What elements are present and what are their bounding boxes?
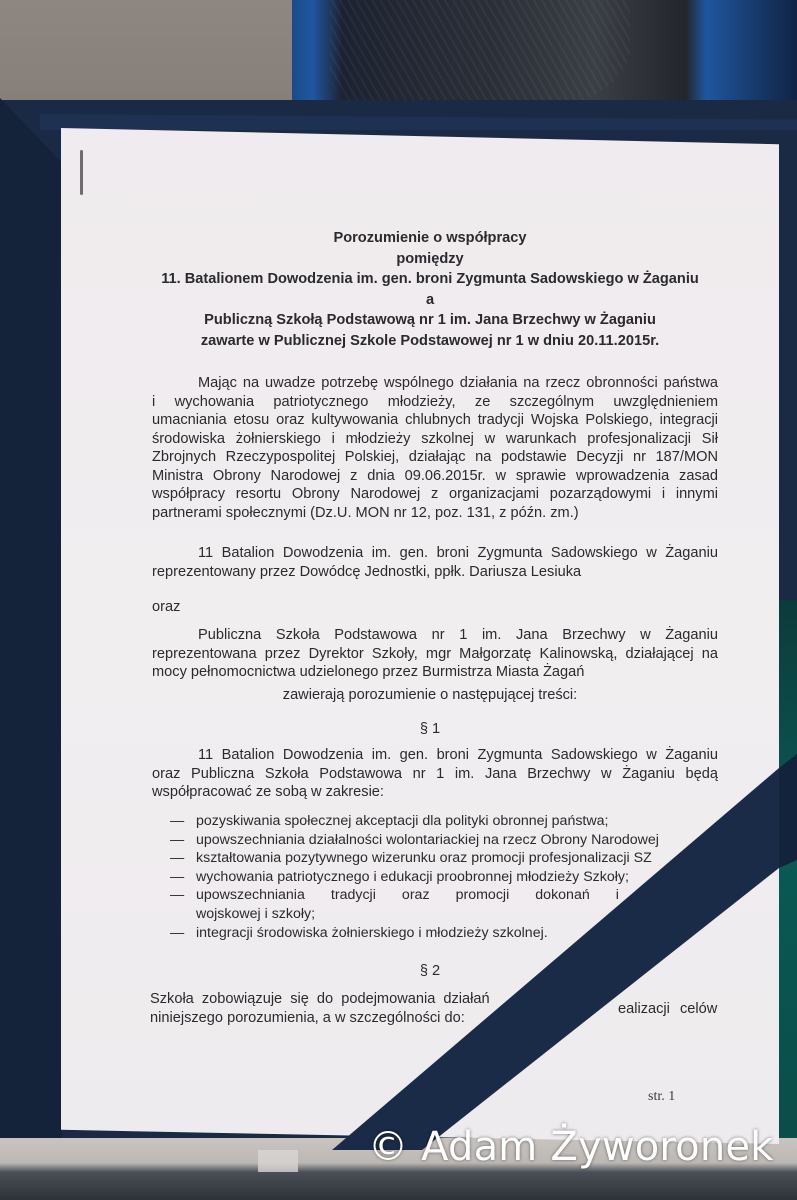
section-2-line1-left: Szkoła zobowiązuje się do podejmowania d… bbox=[150, 991, 490, 1007]
party1-paragraph: 11 Batalion Dowodzenia im. gen. broni Zy… bbox=[152, 544, 718, 581]
list-item-text: upowszechniania tradycji oraz promocji d… bbox=[196, 886, 690, 905]
paragraph-line: 11 Batalion Dowodzenia im. gen. broni Zy… bbox=[152, 544, 718, 563]
conjunction-text: oraz bbox=[152, 598, 718, 617]
list-item: — pozyskiwania społecznej akceptacji dla… bbox=[170, 812, 690, 831]
dash-bullet-icon: — bbox=[170, 831, 196, 850]
paragraph-line: reprezentowany przez Dowódcę Jednostki, … bbox=[152, 563, 718, 582]
paragraph-line: partnerami społecznymi (Dz.U. MON nr 12,… bbox=[152, 504, 718, 523]
section-1-bullet-list: — pozyskiwania społecznej akceptacji dla… bbox=[170, 812, 690, 942]
page-number: str. 1 bbox=[648, 1088, 675, 1107]
section-2-body: Szkoła zobowiązuje się do podejmowania d… bbox=[150, 990, 716, 1027]
title-line: a bbox=[150, 290, 710, 311]
paragraph-line: Publiczna Szkoła Podstawowa nr 1 im. Jan… bbox=[152, 626, 718, 645]
paragraph-line: Szkoła zobowiązuje się do podejmowania d… bbox=[150, 990, 716, 1009]
title-line: zawarte w Publicznej Szkole Podstawowej … bbox=[150, 331, 710, 352]
party2-paragraph: Publiczna Szkoła Podstawowa nr 1 im. Jan… bbox=[152, 626, 718, 682]
paragraph-line: 11 Batalion Dowodzenia im. gen. broni Zy… bbox=[152, 746, 718, 765]
list-item: — integracji środowiska żołnierskiego i … bbox=[170, 924, 690, 943]
section-2-line1-right: ealizacji celów bbox=[618, 1000, 717, 1019]
list-item-text: wychowania patriotycznego i edukacji pro… bbox=[196, 868, 690, 887]
paragraph-line: oraz Publiczna Szkoła Podstawowa nr 1 im… bbox=[152, 765, 718, 784]
paragraph-line: Ministra Obrony Narodowej z dnia 09.06.2… bbox=[152, 467, 718, 486]
document-content: Porozumienie o współpracy pomiędzy 11. B… bbox=[0, 0, 797, 1200]
dash-bullet-icon: — bbox=[170, 812, 196, 831]
paragraph-line: Zbrojnych Rzeczypospolitej Polskiej, dzi… bbox=[152, 448, 718, 467]
conjunction-line: oraz bbox=[152, 598, 718, 617]
agreement-intro: zawierają porozumienie o następującej tr… bbox=[150, 686, 710, 705]
paragraph-line: umacniania etosu oraz kultywowania chlub… bbox=[152, 411, 718, 430]
section-2-heading: § 2 bbox=[150, 962, 710, 981]
list-item-text: upowszechniania działalności wolontariac… bbox=[196, 831, 690, 850]
document-title: Porozumienie o współpracy pomiędzy 11. B… bbox=[150, 228, 710, 351]
paragraph-line: środowiska żołnierskiego i młodzieży szk… bbox=[152, 430, 718, 449]
paragraph-line: Mając na uwadze potrzebę wspólnego dział… bbox=[152, 374, 718, 393]
list-item: — wychowania patriotycznego i edukacji p… bbox=[170, 868, 690, 887]
title-line: Publiczną Szkołą Podstawową nr 1 im. Jan… bbox=[150, 310, 710, 331]
paragraph-line: mocy pełnomocnictwa udzielonego przez Bu… bbox=[152, 663, 718, 682]
paragraph-line: współpracować ze sobą w zakresie: bbox=[152, 783, 718, 802]
list-item-continuation: wojskowej i szkoły; bbox=[170, 905, 690, 924]
list-item-text: kształtowania pozytywnego wizerunku oraz… bbox=[196, 849, 690, 868]
bullet-spacer bbox=[170, 905, 196, 924]
dash-bullet-icon: — bbox=[170, 849, 196, 868]
title-line: Porozumienie o współpracy bbox=[150, 228, 710, 249]
intro-paragraph: Mając na uwadze potrzebę wspólnego dział… bbox=[152, 374, 718, 522]
list-item: — kształtowania pozytywnego wizerunku or… bbox=[170, 849, 690, 868]
title-line: pomiędzy bbox=[150, 249, 710, 270]
section-1-heading: § 1 bbox=[150, 720, 710, 739]
dash-bullet-icon: — bbox=[170, 868, 196, 887]
list-item: — upowszechniania działalności wolontari… bbox=[170, 831, 690, 850]
dash-bullet-icon: — bbox=[170, 924, 196, 943]
list-item-text: wojskowej i szkoły; bbox=[196, 905, 690, 924]
dash-bullet-icon: — bbox=[170, 886, 196, 905]
list-item-text: pozyskiwania społecznej akceptacji dla p… bbox=[196, 812, 690, 831]
paragraph-line: współpracy resortu Obrony Narodowej z or… bbox=[152, 485, 718, 504]
section-1-body: 11 Batalion Dowodzenia im. gen. broni Zy… bbox=[152, 746, 718, 802]
paragraph-line: i wychowania patriotycznego młodzieży, z… bbox=[152, 393, 718, 412]
title-line: 11. Batalionem Dowodzenia im. gen. broni… bbox=[150, 269, 710, 290]
list-item-text: integracji środowiska żołnierskiego i mł… bbox=[196, 924, 690, 943]
paragraph-line: reprezentowana przez Dyrektor Szkoły, mg… bbox=[152, 645, 718, 664]
list-item: — upowszechniania tradycji oraz promocji… bbox=[170, 886, 690, 905]
copyright-watermark: © Adam Żyworonek bbox=[368, 1124, 774, 1170]
